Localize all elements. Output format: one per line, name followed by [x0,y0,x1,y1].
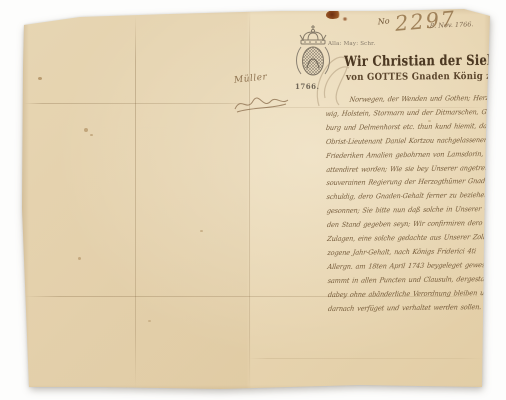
rust-ink-blot [326,10,341,19]
margin-signature-flourish [232,92,290,116]
body-line: Allergn. am 18ten April 1743 beygeleget … [327,261,495,271]
heading-line-1: Wir Christian der Siebende, [344,53,500,70]
date-note: 8. Nov. 1766. [430,20,474,30]
stamp-caption: Alla: May: Schr. [328,41,375,47]
fold-crease-horizontal-bottom-right [249,358,483,359]
fold-crease-horizontal-upper [24,103,250,104]
body-line: Friederiken Amalien gebohrnen von Lamsdo… [326,149,506,159]
body-line: zogene Jahr-Gehalt, nach Königs Frideric… [327,247,477,257]
body-line: darnach verfüget und verhaltet werden so… [328,302,503,312]
fold-crease-vertical-center [249,12,250,390]
fox-spot [84,128,88,132]
fox-spot [428,120,431,122]
body-line: souverainen Regierung der Herzogthümer G… [326,177,506,188]
fox-spot [90,134,93,136]
registry-no-label: No [377,16,390,26]
body-line: dabey ohne abänderliche Verordnung bleib… [327,288,506,298]
body-line: gesonnen; Sie bitte nun daß solche in Un… [326,205,499,215]
body-line: attendiret worden; Wie sie bey Unserer a… [326,163,504,173]
stamp-year: 1766. [295,82,319,91]
body-line: burg und Delmenhorst etc. thun kund hiem… [325,121,506,132]
scanned-document-photo: No 2297 8. Nov. 1766. Alla: May: Schr. 1… [0,0,506,400]
manuscript-paper: No 2297 8. Nov. 1766. Alla: May: Schr. 1… [20,8,492,392]
body-line: Obrist-Lieutenant Daniel Kortzou nachgel… [325,135,506,145]
body-line: Norwegen, der Wenden und Gothen; Herzog … [349,93,506,103]
heading-line-2: von GOTTES Gnaden König zu Dännemarck [346,71,506,83]
fold-crease-vertical-left [135,16,136,388]
body-line: sammt in allen Puncten und Clausuln, der… [327,274,506,284]
fox-spot [38,77,42,80]
fox-spot [148,320,151,322]
fox-spot [78,257,81,260]
body-line: schuldig, dero Gnaden-Gehalt ferner zu b… [326,191,489,201]
body-line: wig, Holstein, Stormarn und der Ditmarsc… [325,107,506,118]
rust-ink-blot-small [342,17,348,21]
fox-spot [200,230,203,232]
body-line: den Stand gegeben seyn; Wir confirmiren … [327,219,506,229]
body-line: Zulagen, eine solche gedachte aus Unsere… [327,233,506,243]
margin-clerk-name: Müller [234,72,268,85]
paper-shadow-wrapper: No 2297 8. Nov. 1766. Alla: May: Schr. 1… [0,0,506,400]
